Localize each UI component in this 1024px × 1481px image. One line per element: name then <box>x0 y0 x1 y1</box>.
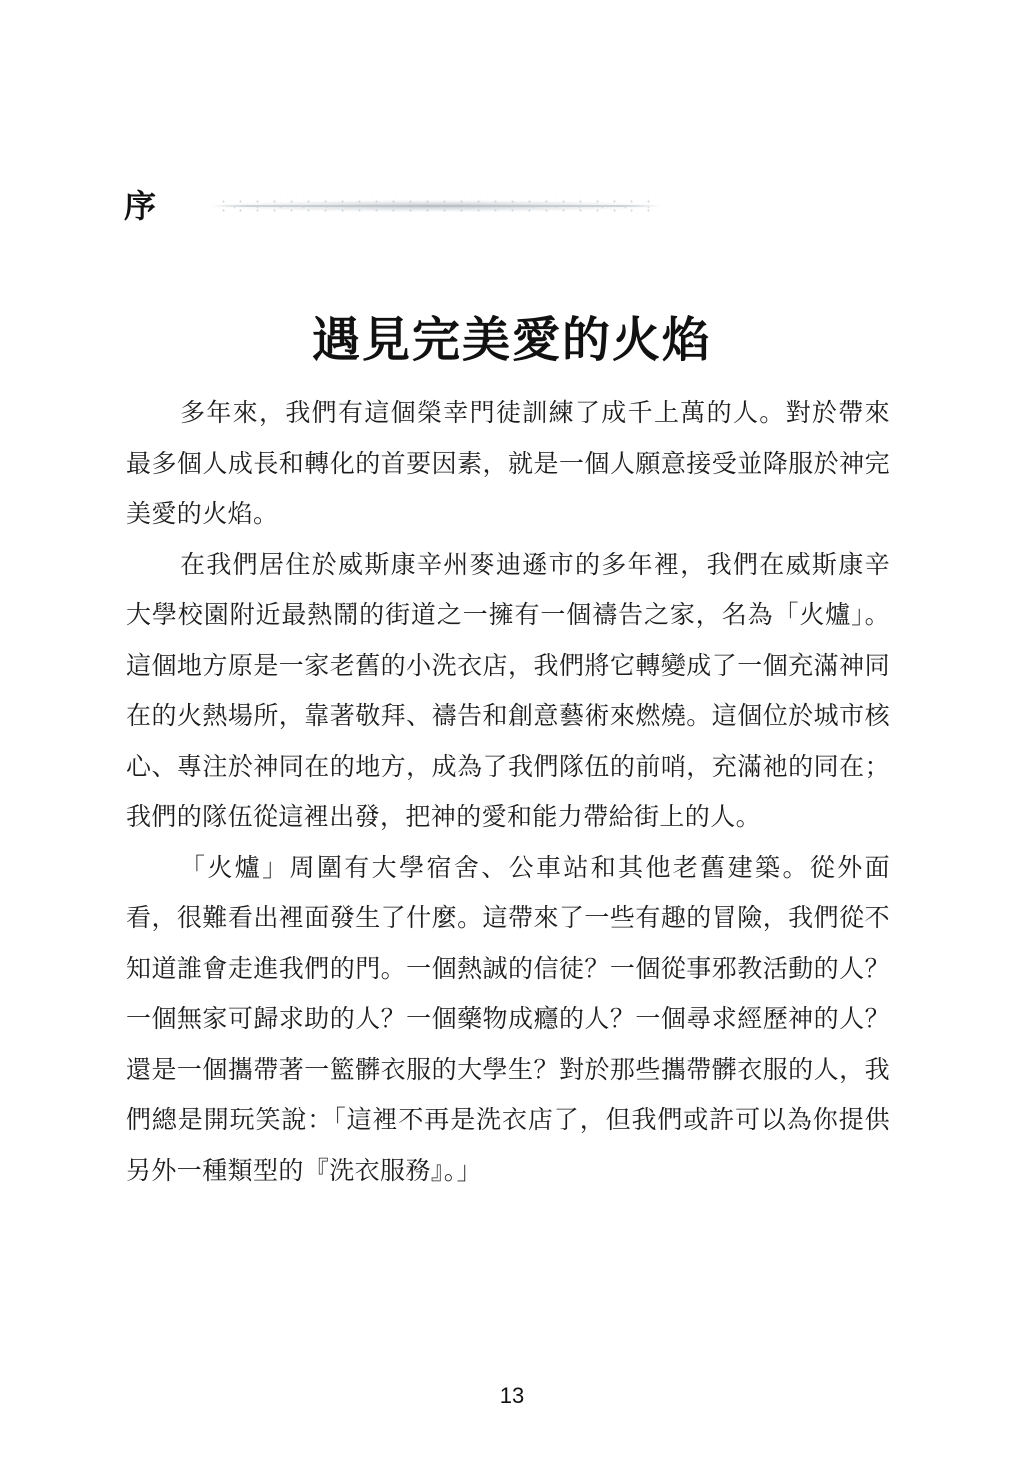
book-page: 序 遇見完美愛的火焰 多年來，我們有這個榮幸門徒訓練了成千上萬的人。對於帶來最多… <box>0 0 1024 1481</box>
chapter-title: 遇見完美愛的火焰 <box>0 310 1024 370</box>
page-number: 13 <box>0 1382 1024 1410</box>
body-text: 多年來，我們有這個榮幸門徒訓練了成千上萬的人。對於帶來最多個人成長和轉化的首要因… <box>126 388 890 1196</box>
paragraph: 在我們居住於威斯康辛州麥迪遜市的多年裡，我們在威斯康辛大學校園附近最熱鬧的街道之… <box>126 540 890 843</box>
divider-sparkles <box>212 195 660 217</box>
paragraph: 多年來，我們有這個榮幸門徒訓練了成千上萬的人。對於帶來最多個人成長和轉化的首要因… <box>126 388 890 540</box>
decorative-divider <box>212 195 660 217</box>
section-label: 序 <box>124 186 156 226</box>
paragraph: 「火爐」周圍有大學宿舍、公車站和其他老舊建築。從外面看，很難看出裡面發生了什麼。… <box>126 843 890 1197</box>
